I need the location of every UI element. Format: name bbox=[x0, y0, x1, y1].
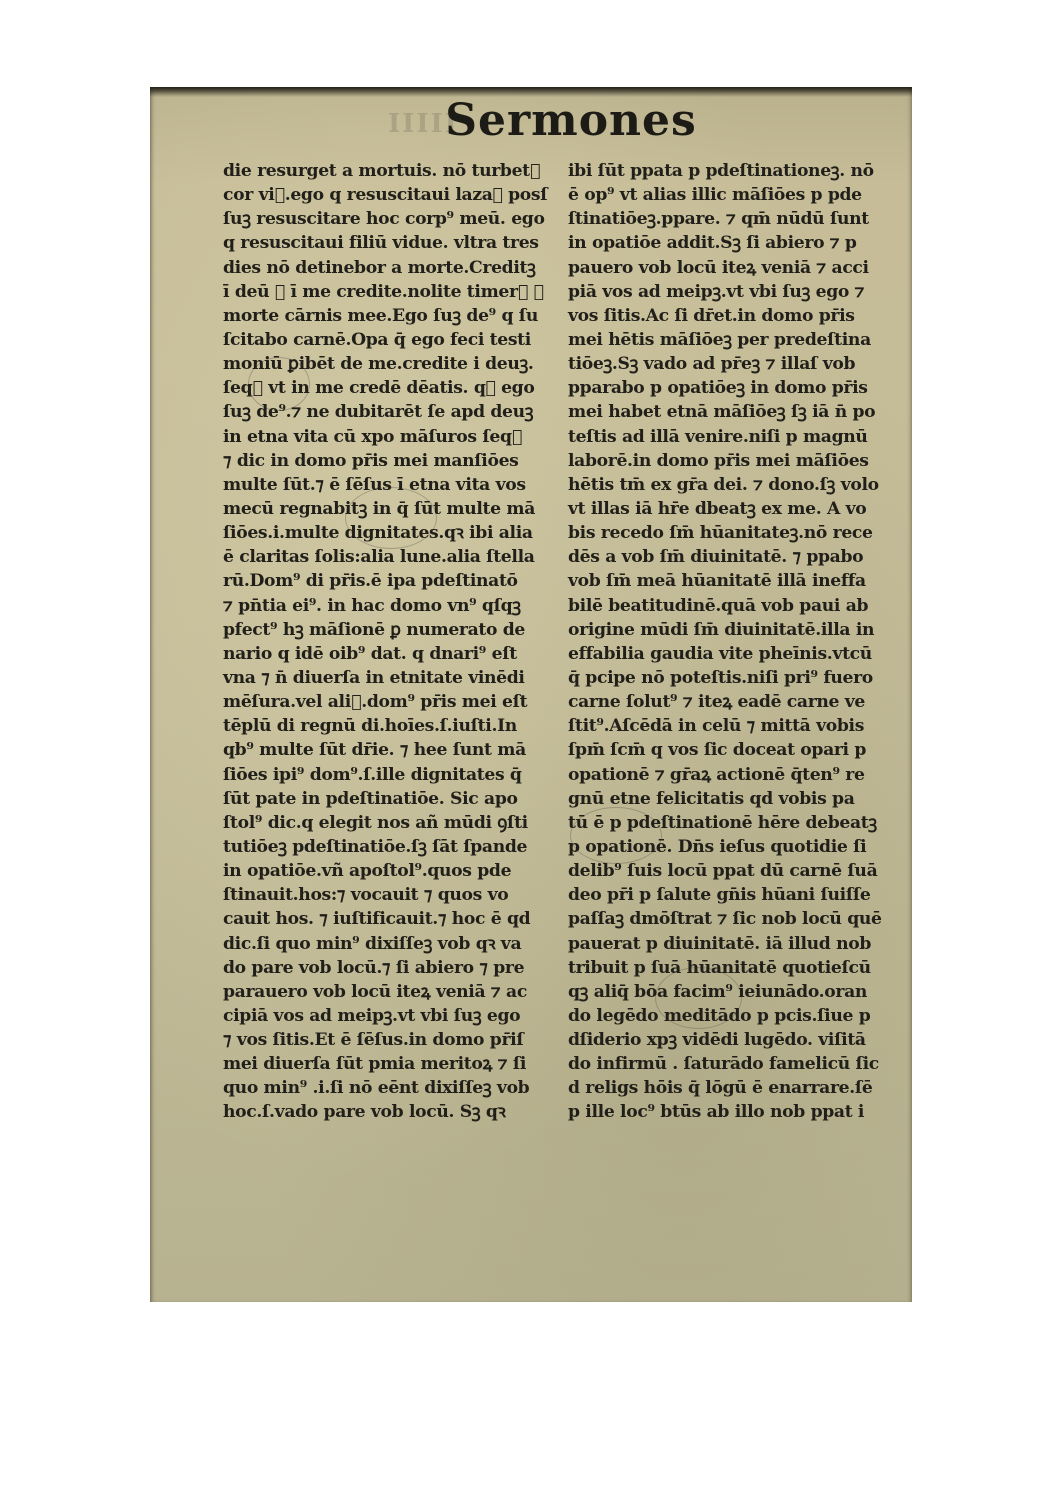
text-line: do legēdo meditādo p pcis.ſiue p bbox=[568, 1004, 900, 1028]
text-line: vna ⁊ n̄ diuerſa in etnitate vinēdi bbox=[223, 666, 563, 690]
text-line: ſpm̄ ſcm̄ q vos ſic doceat opari p bbox=[568, 738, 900, 762]
text-line: opationē ⁊ gr̄aꝝ actionē q̄ten⁹ re bbox=[568, 763, 900, 787]
text-line: ſuꝫ de⁹.⁊ ne dubitarēt ſe apd deuꝫ bbox=[223, 400, 563, 424]
book-page: IIIII Sermones die resurget a mortuis. n… bbox=[150, 87, 912, 1302]
text-line: tēplū di regnū di.hoīes.ſ.iuſti.In bbox=[223, 714, 563, 738]
text-line: ſtit⁹.Aſcēdā in celū ⁊ mittā vobis bbox=[568, 714, 900, 738]
text-line: morte cārnis mee.Ego ſuꝫ de⁹ q ſu bbox=[223, 304, 563, 328]
text-line: hoc.ſ.vado pare vob locū. Sꝫ qꝛ bbox=[223, 1100, 563, 1124]
text-line: delib⁹ ſuis locū ppat dū carnē ſuā bbox=[568, 859, 900, 883]
text-line: ibi ſūt ppata p pdeſtinationeꝫ. nō bbox=[568, 159, 900, 183]
text-line: in opatiōe addit.Sꝫ ſi abiero ⁊ p bbox=[568, 231, 900, 255]
text-line: tiōeꝫ.Sꝫ vado ad pr̄eꝫ ⁊ illaſ vob bbox=[568, 352, 900, 376]
text-line: ⁊ pn̄tia ei⁹. in hac domo vn⁹ qſqꝫ bbox=[223, 594, 563, 618]
text-line: bis recedo ſm̄ hūanitateꝫ.nō rece bbox=[568, 521, 900, 545]
text-line: qꝫ aliq̄ bōa facim⁹ ieiunādo.oran bbox=[568, 980, 900, 1004]
text-line: nario q idē oib⁹ dat. q dnari⁹ eſt bbox=[223, 642, 563, 666]
text-line: vt illas iā hr̄e dbeatꝫ ex me. A vo bbox=[568, 497, 900, 521]
text-line: p opationē. Dn̄s ieſus quotidie ſi bbox=[568, 835, 900, 859]
text-line: pauerat p diuinitatē. iā illud nob bbox=[568, 932, 900, 956]
text-line: ſcitabo carnē.Opa q̄ ego feci testi bbox=[223, 328, 563, 352]
text-line: pfect⁹ hꝫ māſionē ꝑ numerato de bbox=[223, 618, 563, 642]
text-line: die resurget a mortuis. nō turbetᷓ bbox=[223, 159, 563, 183]
text-line: mei hētis māſiōeꝫ per predeſtina bbox=[568, 328, 900, 352]
text-line: quo min⁹ .i.ſi nō eēnt dixiſſeꝫ vob bbox=[223, 1076, 563, 1100]
text-line: gnū etne felicitatis qd vobis pa bbox=[568, 787, 900, 811]
text-line: dic.ſi quo min⁹ dixiſſeꝫ vob qꝛ va bbox=[223, 932, 563, 956]
text-line: ſtinauit.hos:⁊ vocauit ⁊ quos vo bbox=[223, 883, 563, 907]
text-line: moniū ꝑibēt de me.credite i deuꝫ. bbox=[223, 352, 563, 376]
text-line: cipiā vos ad meipꝫ.vt vbi ſuꝫ ego bbox=[223, 1004, 563, 1028]
text-line: vos ſitis.Ac ſi dr̄et.in domo pr̄is bbox=[568, 304, 900, 328]
text-line: d religs hōis q̄ lōgū ē enarrare.ſē bbox=[568, 1076, 900, 1100]
text-line: paſſaꝫ dmōſtrat ⁊ ſic nob locū quē bbox=[568, 907, 900, 931]
text-line: cor viᷓ.ego q resuscitaui lazaꝝ posſ bbox=[223, 183, 563, 207]
text-line: origine mūdi ſm̄ diuinitatē.illa in bbox=[568, 618, 900, 642]
text-line: ī deū ⁊ ī me credite.nolite timerᷓ ꝑ bbox=[223, 280, 563, 304]
text-line: ſiōes ipi⁹ dom⁹.ſ.ille dignitates q̄ bbox=[223, 763, 563, 787]
text-line: mecū regnabitꝫ in q̄ ſūt multe mā bbox=[223, 497, 563, 521]
text-line: tribuit p ſuā hūanitatē quotieſcū bbox=[568, 956, 900, 980]
text-line: ſuꝫ resuscitare hoc corp⁹ meū. ego bbox=[223, 207, 563, 231]
text-line: ē claritas ſolis:alia lune.alia ſtella bbox=[223, 545, 563, 569]
text-line: dēs a vob ſm̄ diuinitatē. ⁊ ppabo bbox=[568, 545, 900, 569]
text-line: q̄ pcipe nō poteſtis.niſi pri⁹ fuero bbox=[568, 666, 900, 690]
text-line: tutiōeꝫ pdeſtinatiōe.ſꝫ ſāt ſpande bbox=[223, 835, 563, 859]
text-line: dies nō detinebor a morte.Credi​tꝫ bbox=[223, 256, 563, 280]
text-line: piā vos ad meipꝫ.vt vbi ſuꝫ ego ⁊ bbox=[568, 280, 900, 304]
right-text-column: ibi ſūt ppata p pdeſtinationeꝫ. nō ē op⁹… bbox=[568, 159, 900, 1125]
text-line: effabilia gaudia vite pheīnis.vtcū bbox=[568, 642, 900, 666]
text-line: deo pr̄i p ſalute gn̄is hūani ſuiſſe bbox=[568, 883, 900, 907]
text-line: p ille loc⁹ btūs ab illo nob ppat i bbox=[568, 1100, 900, 1124]
text-line: dſiderio xpꝫ vidēdi lugēdo. viſitā bbox=[568, 1028, 900, 1052]
text-line: rū.Dom⁹ di pr̄is.ē ipa pdeſtinatō bbox=[223, 569, 563, 593]
text-line: do pare vob locū.⁊ ſi abiero ⁊ pre bbox=[223, 956, 563, 980]
text-line: ⁊ dic in domo pr̄is mei manſiōes bbox=[223, 449, 563, 473]
text-line: ē op⁹ vt alias illic māſiōes p pde bbox=[568, 183, 900, 207]
text-line: ſtol⁹ dic.q elegit nos añ mūdi ꝯſti bbox=[223, 811, 563, 835]
running-head-title: Sermones bbox=[150, 95, 912, 146]
text-line: q resuscitaui filiū vidue. vltra tres bbox=[223, 231, 563, 255]
text-line: carne ſolut⁹ ⁊ iteꝝ eadē carne ve bbox=[568, 690, 900, 714]
text-line: tū ē p pdeſtinationē hēre debeatꝫ bbox=[568, 811, 900, 835]
left-text-column: die resurget a mortuis. nō turbetᷓ cor v… bbox=[223, 159, 563, 1125]
text-line: mei habet etnā māſiōeꝫ ſꝫ iā n̄ po bbox=[568, 400, 900, 424]
text-line: ſeqᷓ vt in me credē dēatis. qꝛ ego bbox=[223, 376, 563, 400]
text-line: laborē.in domo pr̄is mei māſiōes bbox=[568, 449, 900, 473]
text-line: pauero vob locū iteꝝ veniā ⁊ acci bbox=[568, 256, 900, 280]
text-line: multe ſūt.⁊ ē ſēſus ī etna vita vos bbox=[223, 473, 563, 497]
text-line: in etna vita cū xpo māſuros ſeqᷓ bbox=[223, 425, 563, 449]
text-line: pparabo p opatiōeꝫ in domo pr̄is bbox=[568, 376, 900, 400]
text-line: parauero vob locū iteꝝ veniā ⁊ ac bbox=[223, 980, 563, 1004]
text-line: ſiōes.i.multe dignitates.qꝛ ibi alia bbox=[223, 521, 563, 545]
text-line: qb⁹ multe ſūt dr̄ie. ⁊ hee ſunt mā bbox=[223, 738, 563, 762]
text-line: hētis tm̄ ex gr̄a dei. ⁊ dono.ſꝫ volo bbox=[568, 473, 900, 497]
text-line: mēſura.vel aliᷓ.dom⁹ pr̄is mei eſt bbox=[223, 690, 563, 714]
text-line: ⁊ vos ſitis.Et ē ſēſus.in domo pr̄iſ bbox=[223, 1028, 563, 1052]
text-line: mei diuerſa ſūt pmia meritoꝝ ⁊ ſi bbox=[223, 1052, 563, 1076]
text-line: in opatiōe.vñ apoſtol⁹.quos pde bbox=[223, 859, 563, 883]
text-line: ſūt pate in pdeſtinatiōe. Sic apo bbox=[223, 787, 563, 811]
text-line: do infirmū . ſaturādo famelicū ſic bbox=[568, 1052, 900, 1076]
text-line: bilē beatitudinē.quā vob paui ab bbox=[568, 594, 900, 618]
text-line: teſtis ad illā venire.niſi p magnū bbox=[568, 425, 900, 449]
text-line: vob ſm̄ meā hūanitatē illā ineffa bbox=[568, 569, 900, 593]
text-line: cauit hos. ⁊ iuſtificauit.⁊ hoc ē qd bbox=[223, 907, 563, 931]
text-line: ſtinatiōeꝫ.ppare. ⁊ qm̄ nūdū ſunt bbox=[568, 207, 900, 231]
